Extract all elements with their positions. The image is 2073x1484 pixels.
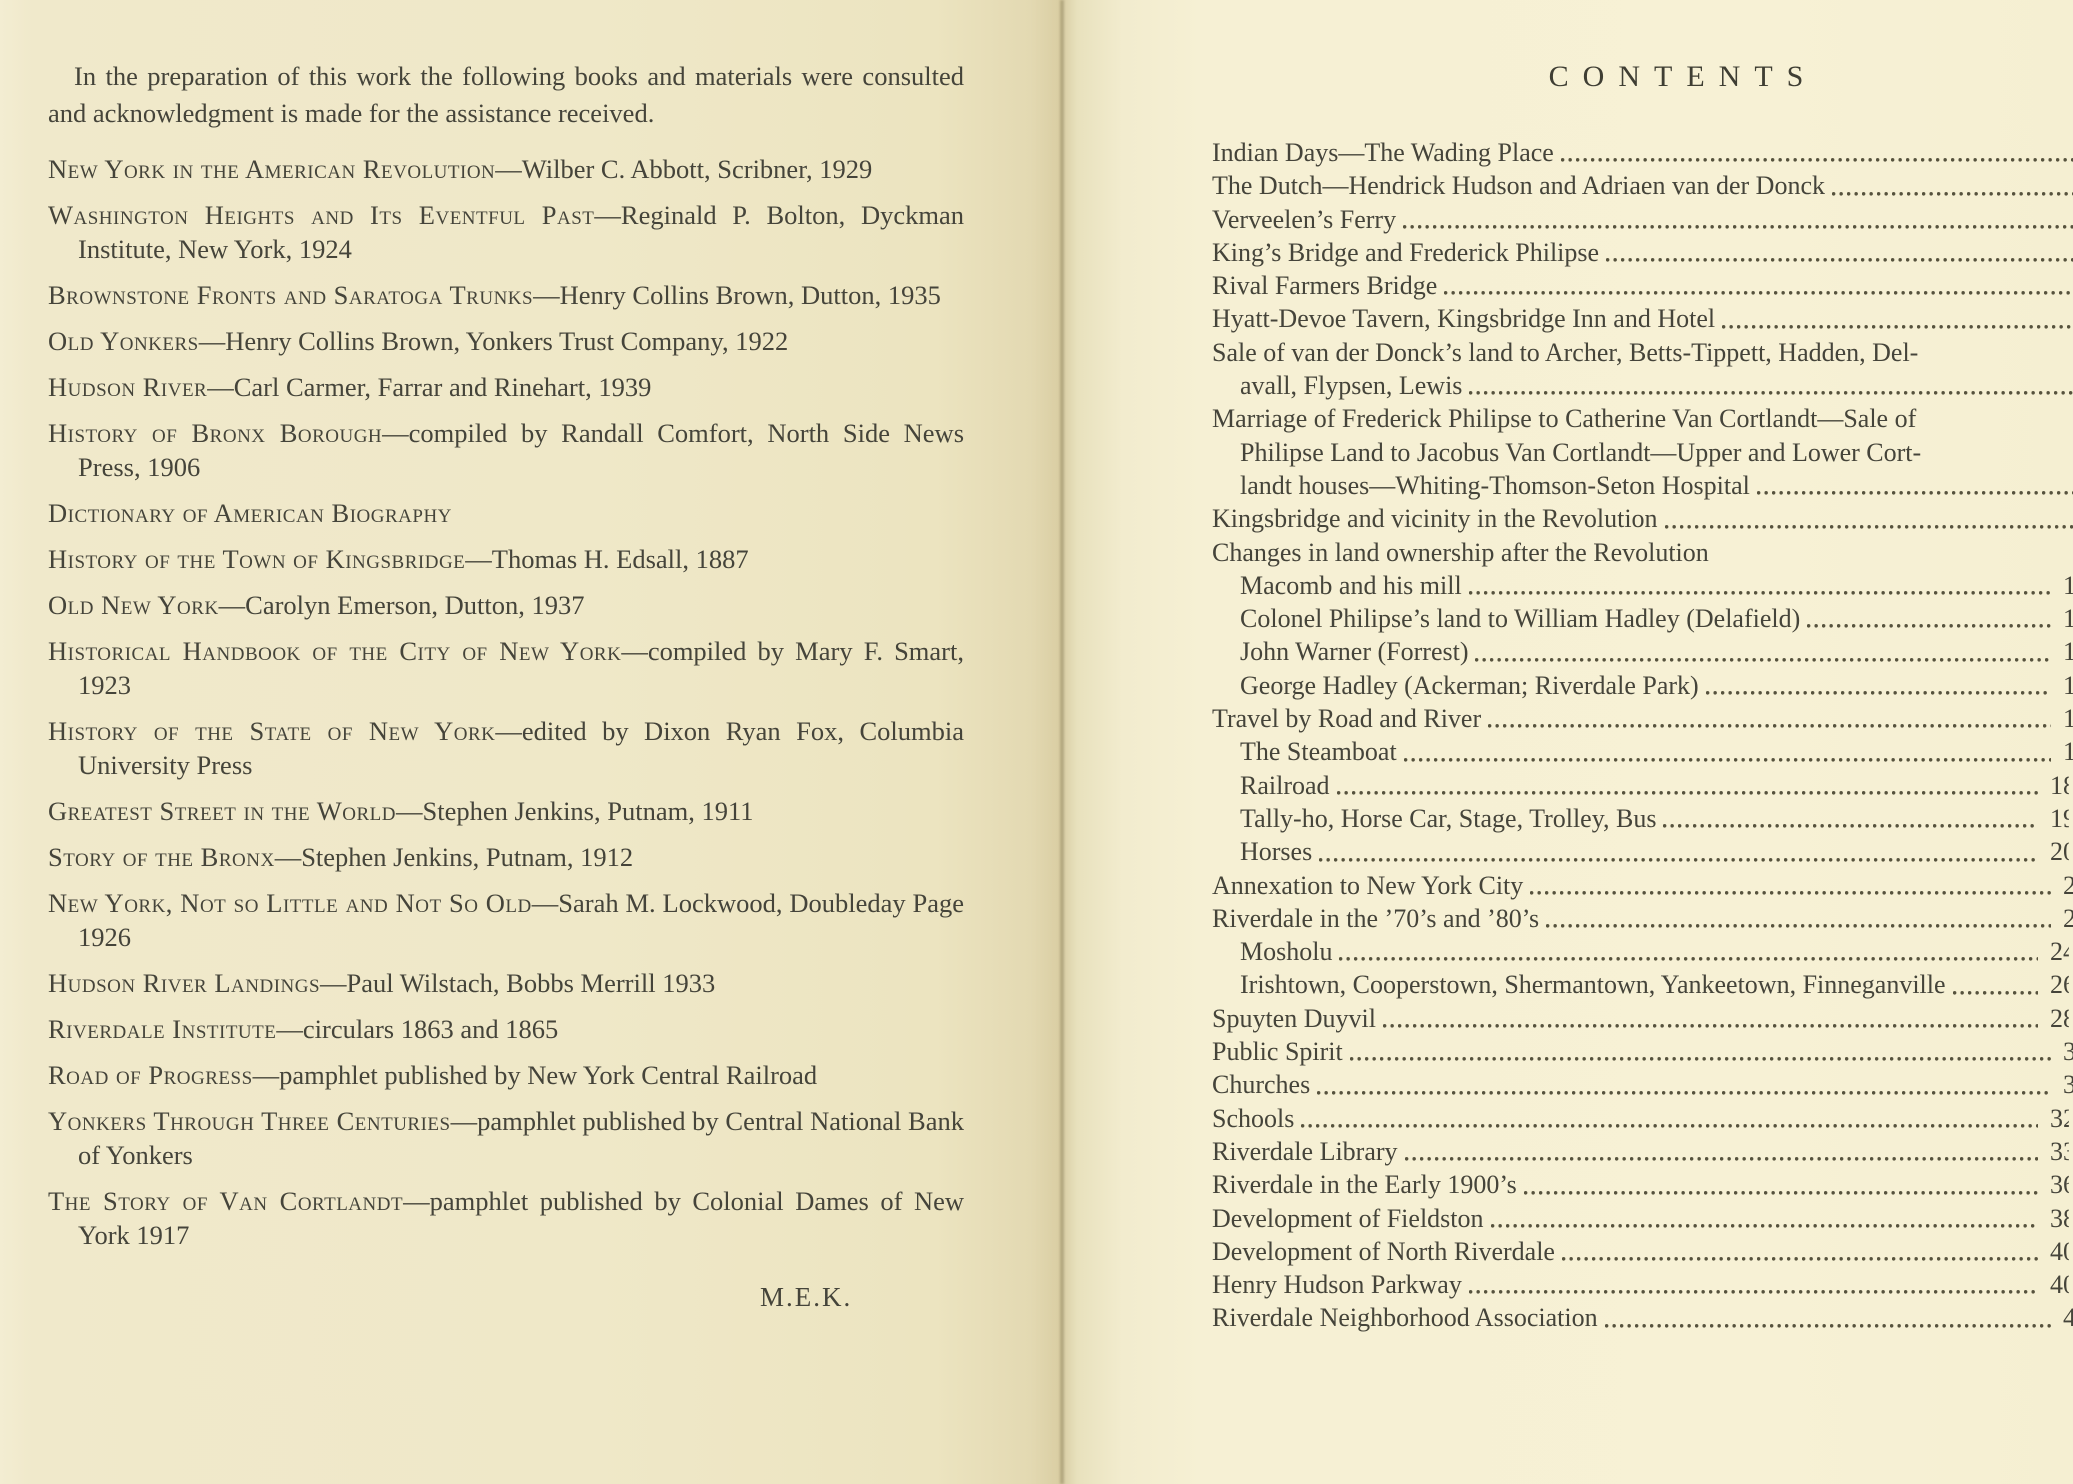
dotted-leader bbox=[1402, 735, 2051, 768]
toc-row: Changes in land ownership after the Revo… bbox=[1212, 536, 2073, 569]
dotted-leader bbox=[1299, 1102, 2038, 1135]
dotted-leader bbox=[1403, 1135, 2038, 1168]
book-citation: —Henry Collins Brown, Yonkers Trust Comp… bbox=[199, 326, 788, 356]
book-title: History of the State of New York bbox=[48, 716, 495, 746]
dotted-leader bbox=[1603, 1301, 2051, 1334]
toc-page-number: 2 bbox=[2051, 869, 2073, 902]
dotted-leader bbox=[1604, 236, 2073, 269]
contents-heading: CONTENTS bbox=[1549, 60, 1818, 94]
toc-row: Philipse Land to Jacobus Van Cortlandt—U… bbox=[1212, 436, 2073, 469]
toc-row: Travel by Road and River1 bbox=[1212, 702, 2073, 735]
dotted-leader bbox=[1467, 369, 2073, 402]
bibliography-entry: Riverdale Institute—circulars 1863 and 1… bbox=[48, 1012, 964, 1046]
toc-page-number: 18 bbox=[2038, 769, 2073, 802]
dotted-leader bbox=[1951, 968, 2038, 1001]
toc-entry-title: Macomb and his mill bbox=[1240, 569, 1462, 602]
toc-row: George Hadley (Ackerman; Riverdale Park)… bbox=[1212, 669, 2073, 702]
bibliography-entry: Historical Handbook of the City of New Y… bbox=[48, 634, 964, 702]
dotted-leader bbox=[1381, 1002, 2038, 1035]
toc-entry-title: Rival Farmers Bridge bbox=[1212, 269, 1437, 302]
dotted-leader bbox=[1704, 669, 2051, 702]
toc-entry-title: Riverdale in the ’70’s and ’80’s bbox=[1212, 902, 1539, 935]
toc-entry-title: Schools bbox=[1212, 1102, 1294, 1135]
toc-row: John Warner (Forrest)1 bbox=[1212, 635, 2073, 668]
dotted-leader bbox=[1663, 502, 2073, 535]
dotted-leader bbox=[1486, 702, 2051, 735]
bibliography-entry: Old Yonkers—Henry Collins Brown, Yonkers… bbox=[48, 324, 964, 358]
bibliography-entry: History of Bronx Borough—compiled by Ran… bbox=[48, 416, 964, 484]
toc-row: Henry Hudson Parkway40 bbox=[1212, 1268, 2073, 1301]
toc-page-number: 1 bbox=[2051, 669, 2073, 702]
toc-page-number: 1 bbox=[2051, 702, 2073, 735]
book-citation: —Thomas H. Edsall, 1887 bbox=[465, 544, 748, 574]
toc-page-number: 2 bbox=[2051, 902, 2073, 935]
acknowledgment-paragraph: In the preparation of this work the foll… bbox=[48, 58, 964, 132]
toc-row: Riverdale in the ’70’s and ’80’s2 bbox=[1212, 902, 2073, 935]
book-title: Greatest Street in the World bbox=[48, 796, 396, 826]
toc-page-number: 32 bbox=[2038, 1102, 2073, 1135]
toc-row: Mosholu24 bbox=[1212, 935, 2073, 968]
toc-entry-title: Annexation to New York City bbox=[1212, 869, 1523, 902]
dotted-leader bbox=[1489, 1202, 2038, 1235]
toc-page-number: 19 bbox=[2038, 802, 2073, 835]
book-title: New York, Not so Little and Not So Old bbox=[48, 888, 532, 918]
toc-row: landt houses—Whiting-Thomson-Seton Hospi… bbox=[1212, 469, 2073, 502]
dotted-leader bbox=[1661, 802, 2038, 835]
bibliography-entry: Story of the Bronx—Stephen Jenkins, Putn… bbox=[48, 840, 964, 874]
bibliography-entry: Hudson River Landings—Paul Wilstach, Bob… bbox=[48, 966, 964, 1000]
toc-entry-title: Verveelen’s Ferry bbox=[1212, 203, 1396, 236]
book-title: Old Yonkers bbox=[48, 326, 199, 356]
book-title: Story of the Bronx bbox=[48, 842, 275, 872]
toc-entry-title: The Steamboat bbox=[1240, 735, 1397, 768]
toc-entry-title: John Warner (Forrest) bbox=[1240, 635, 1468, 668]
toc-row: King’s Bridge and Frederick Philipse bbox=[1212, 236, 2073, 269]
toc-entry-title: Philipse Land to Jacobus Van Cortlandt—U… bbox=[1240, 436, 1921, 469]
book-citation: —pamphlet published by New York Central … bbox=[253, 1060, 818, 1090]
toc-page-number: 1 bbox=[2051, 735, 2073, 768]
toc-row: Macomb and his mill1 bbox=[1212, 569, 2073, 602]
bibliography-entry: Washington Heights and Its Eventful Past… bbox=[48, 198, 964, 266]
left-page: In the preparation of this work the foll… bbox=[0, 0, 1062, 1484]
toc-entry-title: landt houses—Whiting-Thomson-Seton Hospi… bbox=[1240, 469, 1750, 502]
toc-entry-title: Railroad bbox=[1240, 769, 1330, 802]
toc-row: Horses20 bbox=[1212, 835, 2073, 868]
book-title: The Story of Van Cortlandt bbox=[48, 1186, 403, 1216]
book-title: History of Bronx Borough bbox=[48, 418, 382, 448]
dotted-leader bbox=[1442, 269, 2073, 302]
toc-entry-title: Horses bbox=[1240, 835, 1312, 868]
toc-row: Railroad18 bbox=[1212, 769, 2073, 802]
bibliography-entry: History of the Town of Kingsbridge—Thoma… bbox=[48, 542, 964, 576]
book-title: Dictionary of American Biography bbox=[48, 498, 452, 528]
book-citation: —circulars 1863 and 1865 bbox=[276, 1014, 558, 1044]
toc-row: Riverdale Neighborhood Association4 bbox=[1212, 1301, 2073, 1334]
book-title: Washington Heights and Its Eventful Past bbox=[48, 200, 594, 230]
book-gutter bbox=[1060, 0, 1064, 1484]
book-title: Historical Handbook of the City of New Y… bbox=[48, 636, 621, 666]
toc-page-number: 33 bbox=[2038, 1135, 2073, 1168]
bibliography-entry: Road of Progress—pamphlet published by N… bbox=[48, 1058, 964, 1092]
dotted-leader bbox=[1317, 835, 2038, 868]
bibliography-list: New York in the American Revolution—Wilb… bbox=[48, 152, 964, 1252]
bibliography-entry: The Story of Van Cortlandt—pamphlet publ… bbox=[48, 1184, 964, 1252]
author-initials: M.E.K. bbox=[48, 1280, 964, 1314]
bibliography-entry: Old New York—Carolyn Emerson, Dutton, 19… bbox=[48, 588, 964, 622]
toc-row: Annexation to New York City2 bbox=[1212, 869, 2073, 902]
toc-row: avall, Flypsen, Lewis bbox=[1212, 369, 2073, 402]
book-citation: —Wilber C. Abbott, Scribner, 1929 bbox=[495, 154, 872, 184]
toc-row: Public Spirit3 bbox=[1212, 1035, 2073, 1068]
dotted-leader bbox=[1473, 635, 2051, 668]
toc-page-number: 26 bbox=[2038, 968, 2073, 1001]
book-citation: —Stephen Jenkins, Putnam, 1911 bbox=[396, 796, 754, 826]
dotted-leader bbox=[1559, 136, 2073, 169]
book-spread-scan: { "colors": { "paper_left": "#efe8c8", "… bbox=[0, 0, 2073, 1484]
toc-row: Churches3 bbox=[1212, 1068, 2073, 1101]
toc-entry-title: Indian Days—The Wading Place bbox=[1212, 136, 1554, 169]
bibliography-entry: Brownstone Fronts and Saratoga Trunks—He… bbox=[48, 278, 964, 312]
toc-page-number: 24 bbox=[2038, 935, 2073, 968]
dotted-leader bbox=[1315, 1068, 2051, 1101]
toc-entry-title: avall, Flypsen, Lewis bbox=[1240, 369, 1462, 402]
book-title: Hudson River Landings bbox=[48, 968, 320, 998]
bibliography-entry: Yonkers Through Three Centuries—pamphlet… bbox=[48, 1104, 964, 1172]
toc-row: Kingsbridge and vicinity in the Revoluti… bbox=[1212, 502, 2073, 535]
bibliography-entry: Dictionary of American Biography bbox=[48, 496, 964, 530]
toc-entry-title: Riverdale Neighborhood Association bbox=[1212, 1301, 1598, 1334]
toc-page-number: 1 bbox=[2051, 569, 2073, 602]
toc-list: Indian Days—The Wading PlaceThe Dutch—He… bbox=[1212, 136, 2073, 1335]
toc-row: Development of North Riverdale40 bbox=[1212, 1235, 2073, 1268]
toc-row: Hyatt-Devoe Tavern, Kingsbridge Inn and … bbox=[1212, 302, 2073, 335]
toc-row: Rival Farmers Bridge bbox=[1212, 269, 2073, 302]
toc-row: Riverdale in the Early 1900’s36 bbox=[1212, 1168, 2073, 1201]
toc-page-number: 1 bbox=[2051, 602, 2073, 635]
book-title: Hudson River bbox=[48, 372, 207, 402]
dotted-leader bbox=[1528, 869, 2051, 902]
toc-page-number: 20 bbox=[2038, 835, 2073, 868]
bibliography-entry: Greatest Street in the World—Stephen Jen… bbox=[48, 794, 964, 828]
toc-row: Marriage of Frederick Philipse to Cather… bbox=[1212, 402, 2073, 435]
toc-entry-title: Irishtown, Cooperstown, Shermantown, Yan… bbox=[1240, 968, 1946, 1001]
toc-row: Spuyten Duyvil28 bbox=[1212, 1002, 2073, 1035]
dotted-leader bbox=[1467, 569, 2051, 602]
toc-entry-title: Tally-ho, Horse Car, Stage, Trolley, Bus bbox=[1240, 802, 1656, 835]
toc-entry-title: Churches bbox=[1212, 1068, 1310, 1101]
toc-entry-title: Henry Hudson Parkway bbox=[1212, 1268, 1462, 1301]
toc-page-number: 1 bbox=[2051, 635, 2073, 668]
toc-entry-title: The Dutch—Hendrick Hudson and Adriaen va… bbox=[1212, 169, 1825, 202]
toc-row: Schools32 bbox=[1212, 1102, 2073, 1135]
dotted-leader bbox=[1522, 1168, 2038, 1201]
bibliography-entry: History of the State of New York—edited … bbox=[48, 714, 964, 782]
bibliography-entry: Hudson River—Carl Carmer, Farrar and Rin… bbox=[48, 370, 964, 404]
toc-entry-title: Riverdale Library bbox=[1212, 1135, 1398, 1168]
toc-entry-title: Development of Fieldston bbox=[1212, 1202, 1484, 1235]
dotted-leader bbox=[1755, 469, 2073, 502]
toc-entry-title: Kingsbridge and vicinity in the Revoluti… bbox=[1212, 502, 1658, 535]
toc-entry-title: Hyatt-Devoe Tavern, Kingsbridge Inn and … bbox=[1212, 302, 1715, 335]
toc-entry-title: Sale of van der Donck’s land to Archer, … bbox=[1212, 336, 1918, 369]
toc-page-number: 3 bbox=[2051, 1035, 2073, 1068]
toc-row: The Dutch—Hendrick Hudson and Adriaen va… bbox=[1212, 169, 2073, 202]
dotted-leader bbox=[1337, 935, 2038, 968]
toc-row: The Steamboat1 bbox=[1212, 735, 2073, 768]
toc-entry-title: Riverdale in the Early 1900’s bbox=[1212, 1168, 1517, 1201]
dotted-leader bbox=[1830, 169, 2073, 202]
toc-row: Colonel Philipse’s land to William Hadle… bbox=[1212, 602, 2073, 635]
toc-entry-title: Mosholu bbox=[1240, 935, 1332, 968]
toc-row: Indian Days—The Wading Place bbox=[1212, 136, 2073, 169]
toc-page-number: 40 bbox=[2038, 1235, 2073, 1268]
toc-entry-title: Colonel Philipse’s land to William Hadle… bbox=[1240, 602, 1800, 635]
dotted-leader bbox=[1335, 769, 2038, 802]
toc-entry-title: George Hadley (Ackerman; Riverdale Park) bbox=[1240, 669, 1699, 702]
toc-page-number: 40 bbox=[2038, 1268, 2073, 1301]
book-citation: —Carolyn Emerson, Dutton, 1937 bbox=[219, 590, 585, 620]
dotted-leader bbox=[1720, 302, 2073, 335]
toc-entry-title: Development of North Riverdale bbox=[1212, 1235, 1555, 1268]
book-title: History of the Town of Kingsbridge bbox=[48, 544, 465, 574]
book-title: Yonkers Through Three Centuries bbox=[48, 1106, 451, 1136]
toc-page-number: 4 bbox=[2051, 1301, 2073, 1334]
bibliography-entry: New York, Not so Little and Not So Old—S… bbox=[48, 886, 964, 954]
toc-page-number: 38 bbox=[2038, 1202, 2073, 1235]
book-title: Old New York bbox=[48, 590, 219, 620]
bibliography-entry: New York in the American Revolution—Wilb… bbox=[48, 152, 964, 186]
book-citation: —Stephen Jenkins, Putnam, 1912 bbox=[275, 842, 633, 872]
toc-entry-title: Spuyten Duyvil bbox=[1212, 1002, 1376, 1035]
toc-row: Verveelen’s Ferry bbox=[1212, 203, 2073, 236]
toc-row: Riverdale Library33 bbox=[1212, 1135, 2073, 1168]
toc-entry-title: Marriage of Frederick Philipse to Cather… bbox=[1212, 402, 1916, 435]
book-citation: —Paul Wilstach, Bobbs Merrill 1933 bbox=[320, 968, 715, 998]
toc-row: Development of Fieldston38 bbox=[1212, 1202, 2073, 1235]
dotted-leader bbox=[1544, 902, 2051, 935]
book-citation: —Henry Collins Brown, Dutton, 1935 bbox=[533, 280, 941, 310]
toc-entry-title: King’s Bridge and Frederick Philipse bbox=[1212, 236, 1599, 269]
dotted-leader bbox=[1401, 203, 2073, 236]
dotted-leader bbox=[1560, 1235, 2038, 1268]
book-citation: —Carl Carmer, Farrar and Rinehart, 1939 bbox=[207, 372, 651, 402]
book-title: Riverdale Institute bbox=[48, 1014, 276, 1044]
toc-row: Tally-ho, Horse Car, Stage, Trolley, Bus… bbox=[1212, 802, 2073, 835]
acknowledgments-section: In the preparation of this work the foll… bbox=[48, 58, 964, 1314]
toc-entry-title: Changes in land ownership after the Revo… bbox=[1212, 536, 1709, 569]
toc-row: Irishtown, Cooperstown, Shermantown, Yan… bbox=[1212, 968, 2073, 1001]
book-title: New York in the American Revolution bbox=[48, 154, 495, 184]
book-title: Brownstone Fronts and Saratoga Trunks bbox=[48, 280, 533, 310]
dotted-leader bbox=[1805, 602, 2051, 635]
book-title: Road of Progress bbox=[48, 1060, 253, 1090]
dotted-leader bbox=[1467, 1268, 2038, 1301]
dotted-leader bbox=[1348, 1035, 2051, 1068]
toc-page-number: 3 bbox=[2051, 1068, 2073, 1101]
toc-page-number: 28 bbox=[2038, 1002, 2073, 1035]
toc-entry-title: Public Spirit bbox=[1212, 1035, 1343, 1068]
toc-entry-title: Travel by Road and River bbox=[1212, 702, 1481, 735]
toc-page-number: 36 bbox=[2038, 1168, 2073, 1201]
toc-row: Sale of van der Donck’s land to Archer, … bbox=[1212, 336, 2073, 369]
